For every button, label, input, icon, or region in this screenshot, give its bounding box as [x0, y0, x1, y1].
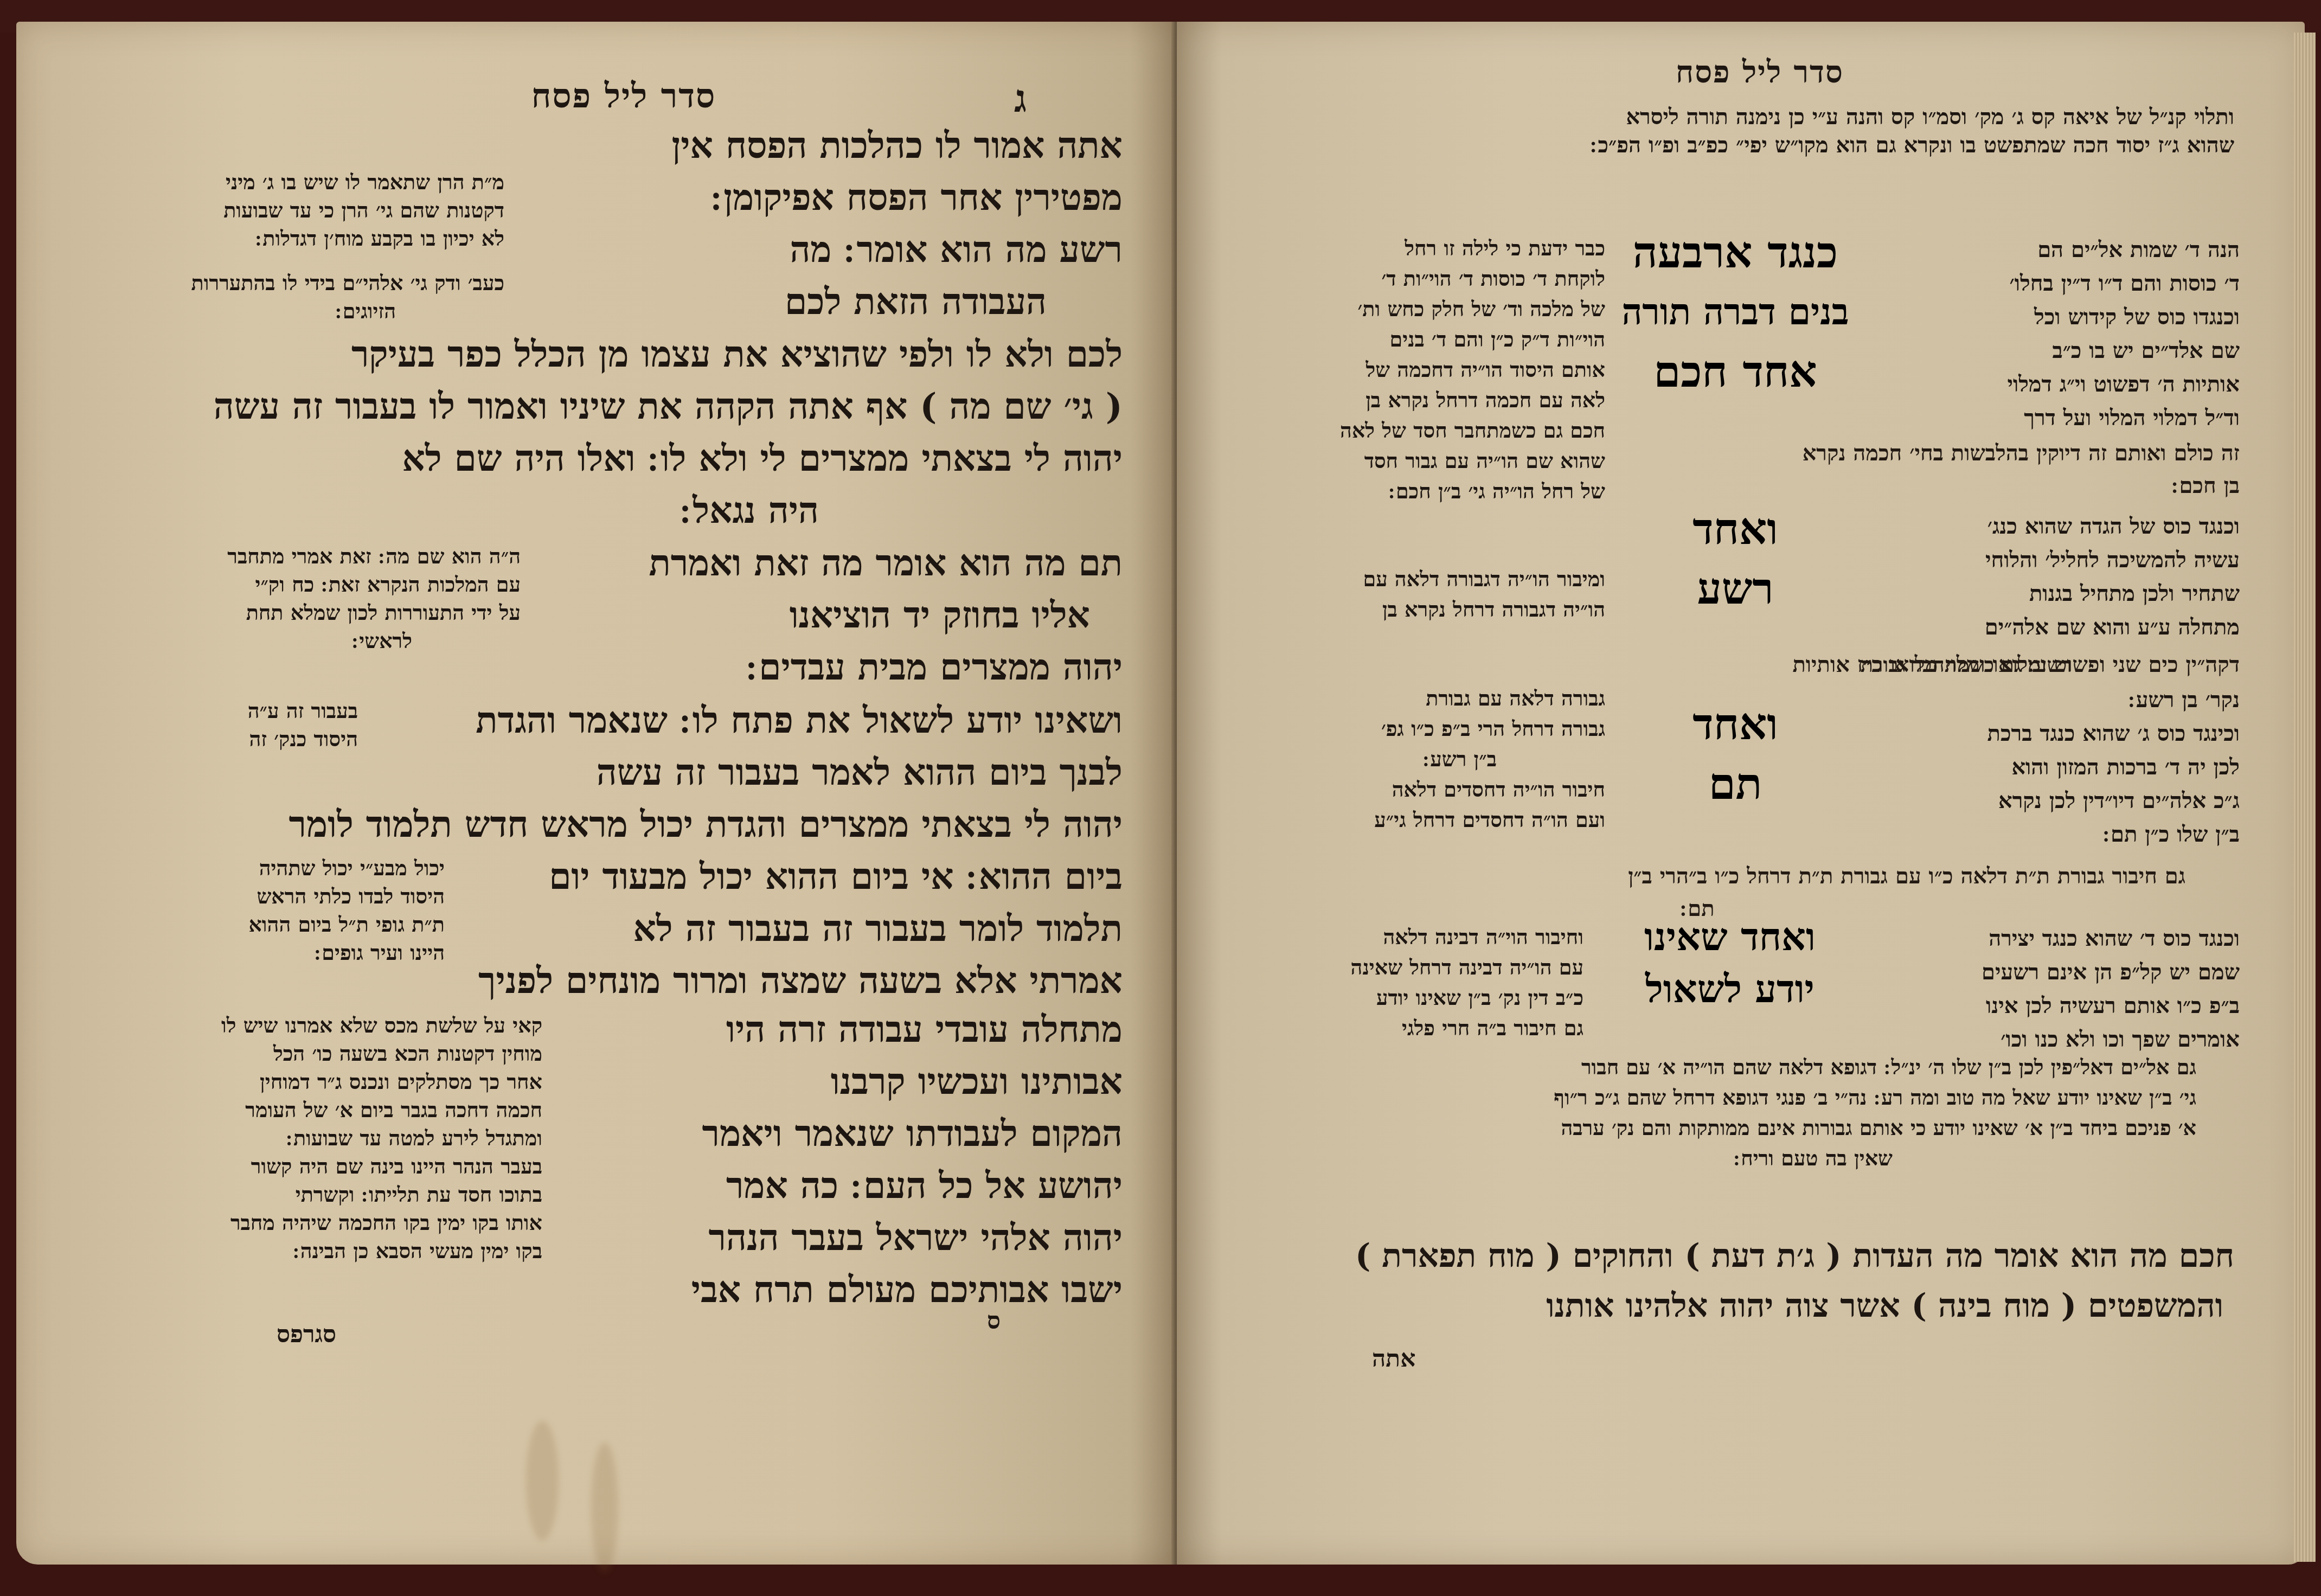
main-text-block: אתה אמור לו כהלכות הפסח אין מפטירין אחר … — [515, 119, 1123, 328]
signature-mark: ס — [987, 1307, 1001, 1335]
commentary-lower-b: יכול מבע״י יכול שתהיה היסוד לבדו כלתי הר… — [217, 854, 445, 967]
son-cannot-ask: ואחד שאינו יודע לשאול — [1600, 911, 1860, 1015]
main-text-tam: תם מה הוא אומר מה זאת ואמרת אליו בחוזק י… — [515, 537, 1123, 693]
commentary-wide-line: זה כולם ואותם זה דיוקין בהלבשות בחי׳ חכמ… — [1803, 439, 2240, 467]
commentary-bottom: גם אל״ים דאל״פין לכן ב״ן שלו ה׳ ינ״ל ׃ ד… — [1274, 1052, 2196, 1174]
main-text-wise-son: חכם מה הוא אומר מה העדות ( ג׳ת דעת ) והח… — [1269, 1231, 2234, 1331]
left-page: סדר ליל פסח ג אתה אמור לו כהלכות הפסח אי… — [16, 22, 1177, 1565]
commentary-left-column: כבר ידעת כי לילה זו רחל לוקחת ד׳ כוסות ד… — [1280, 233, 1605, 507]
main-text-wide-block: לכם ולא לו ולפי שהוציא את עצמו מן הכלל כ… — [179, 328, 1123, 536]
running-head: סדר ליל פסח — [515, 76, 732, 116]
commentary-top: מ״ת הרן שתאמר לו שיש בו ג׳ מיני דקטנות ש… — [201, 168, 504, 325]
commentary-left-column-2: ומיבור הו״יה דגבורה דלאה עם הו״יה דגבורה… — [1280, 564, 1605, 625]
main-text-mitchila: מתחלה עובדי עבודה זרה היו אבותינו ועכשיו… — [515, 1003, 1123, 1316]
commentary-bottom: קאי על שלשת מכס שלא אמרנו שיש לו מוחין ד… — [217, 1011, 542, 1265]
book-binding-bottom — [0, 1562, 2321, 1596]
commentary-right-column-3: נקר׳ בן רשע ׃ וכינגד כוס ג׳ שהוא כנגד בר… — [1925, 683, 2240, 851]
commentary-top: ותלוי קנ״ל של איאה קס ג׳ מק׳ וסמ״ו קס וה… — [1345, 103, 2234, 159]
page-mark: ג — [1014, 76, 1028, 121]
son-wise: כנגד ארבעה בנים דברה תורה אחד חכם — [1600, 222, 1871, 401]
commentary-mid: ה״ה הוא שם מה ׃ זאת אמרי מתחבר עם המלכות… — [217, 542, 521, 655]
commentary-left-column-3: גבורה דלאה עם גבורת גבורה דרחל הרי ב״פ כ… — [1280, 683, 1605, 835]
commentary-left-column-4: וחיבור הוי״ה דבינה דלאה עם הו״יה דבינה ד… — [1280, 922, 1583, 1043]
catchword: סגרפס — [277, 1321, 336, 1348]
commentary-right-column: הנה ד׳ שמות אל״ים הם ד׳ כוסות והם ד״ו ד״… — [1925, 233, 2240, 435]
commentary-right-column-4: וכנגד כוס ד׳ שהוא כנגד יצירה שמם יש קל״פ… — [1925, 922, 2240, 1056]
son-wicked: ואחד רשע — [1638, 499, 1833, 618]
running-head: סדר ליל פסח — [1638, 54, 1882, 90]
page-fore-edge — [2294, 33, 2316, 1562]
commentary-right-column-2: וכנגד כוס של הגדה שהוא כנג׳ עשיה להמשיכה… — [1925, 510, 2240, 644]
right-page: סדר ליל פסח ותלוי קנ״ל של איאה קס ג׳ מק׳… — [1177, 22, 2305, 1565]
son-simple: ואחד תם — [1638, 694, 1833, 813]
catchword: אתה — [1372, 1345, 1415, 1373]
commentary-lower-a: בעבור זה ע״ה היסוד כנק׳ זה — [217, 697, 358, 753]
